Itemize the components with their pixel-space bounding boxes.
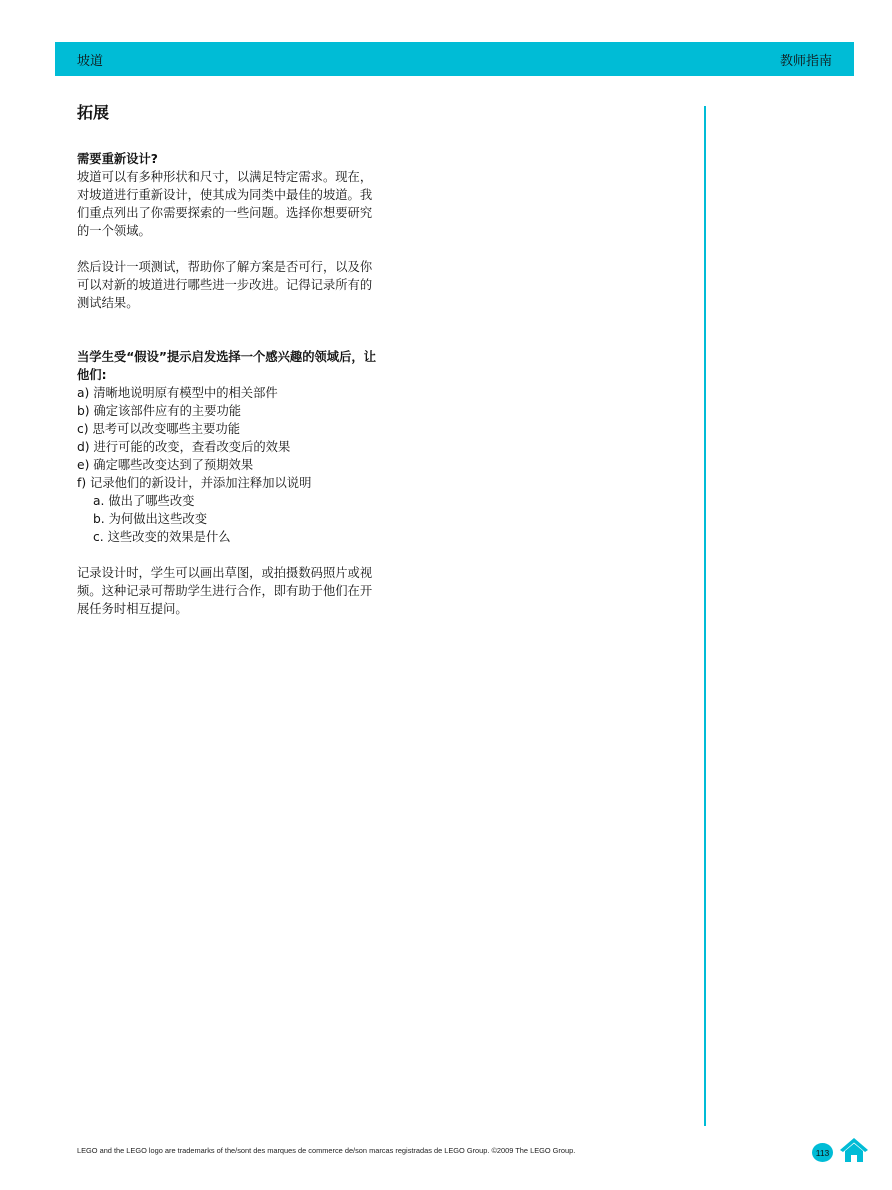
trademark-footer: LEGO and the LEGO logo are trademarks of… (77, 1146, 575, 1155)
section-title: 拓展 (77, 102, 377, 124)
page-number-badge: 113 (812, 1143, 833, 1162)
sub-list-item: c. 这些改变的效果是什么 (77, 528, 377, 546)
redesign-paragraph-1: 坡道可以有多种形状和尺寸，以满足特定需求。现在，对坡道进行重新设计，使其成为同类… (77, 168, 377, 240)
list-item: d) 进行可能的改变，查看改变后的效果 (77, 438, 377, 456)
main-content: 拓展 需要重新设计? 坡道可以有多种形状和尺寸，以满足特定需求。现在，对坡道进行… (77, 102, 377, 618)
list-item: a) 清晰地说明原有模型中的相关部件 (77, 384, 377, 402)
list-item: b) 确定该部件应有的主要功能 (77, 402, 377, 420)
redesign-heading: 需要重新设计? (77, 150, 377, 168)
list-item: f) 记录他们的新设计，并添加注释加以说明 (77, 474, 377, 492)
sub-list-item: b. 为何做出这些改变 (77, 510, 377, 528)
teacher-note-heading: 当学生受“假设”提示启发选择一个感兴趣的领域后，让他们: (77, 348, 377, 384)
closing-paragraph: 记录设计时，学生可以画出草图，或拍摄数码照片或视频。这种记录可帮助学生进行合作，… (77, 564, 377, 618)
header-bar: 坡道 教师指南 (55, 42, 854, 76)
header-left-title: 坡道 (77, 50, 103, 69)
redesign-paragraph-2: 然后设计一项测试，帮助你了解方案是否可行，以及你可以对新的坡道进行哪些进一步改进… (77, 258, 377, 312)
home-icon[interactable] (839, 1137, 869, 1163)
sub-list-item: a. 做出了哪些改变 (77, 492, 377, 510)
header-right-title: 教师指南 (780, 50, 832, 69)
list-item: c) 思考可以改变哪些主要功能 (77, 420, 377, 438)
teacher-note-list: a) 清晰地说明原有模型中的相关部件 b) 确定该部件应有的主要功能 c) 思考… (77, 384, 377, 546)
vertical-divider (704, 106, 706, 1126)
list-item: e) 确定哪些改变达到了预期效果 (77, 456, 377, 474)
